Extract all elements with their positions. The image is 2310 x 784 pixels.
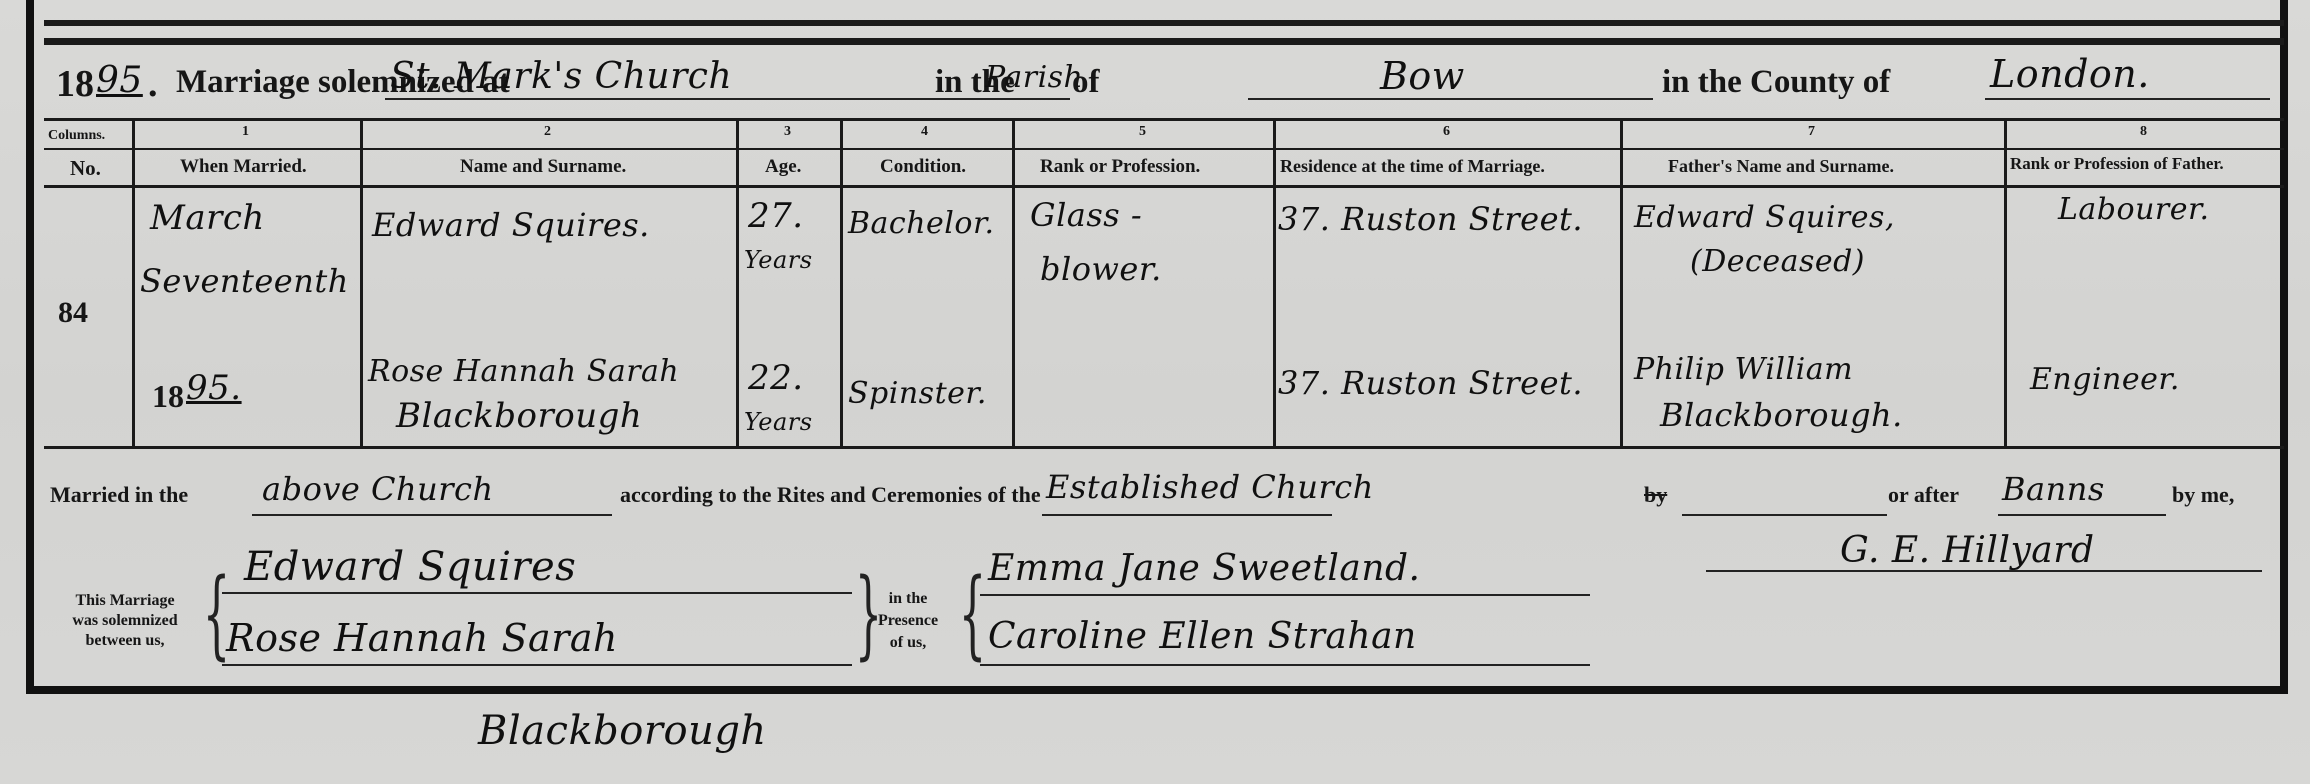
by-label: by	[1644, 482, 1667, 508]
heading-year-suffix: 95	[96, 60, 143, 101]
after-blank	[1998, 514, 2166, 516]
colhead-father-name: Father's Name and Surname.	[1668, 156, 1894, 177]
district-type-blank	[985, 98, 1070, 100]
groom-name: Edward Squires.	[372, 206, 650, 244]
groom-father-name-line2: (Deceased)	[1690, 244, 1865, 279]
party-2-blank	[222, 664, 852, 666]
between-us-label-1: This Marriage	[50, 592, 200, 610]
colhead-profession: Rank or Profession.	[1040, 156, 1200, 178]
colnum-5: 5	[1139, 124, 1146, 140]
party-1-blank	[222, 592, 852, 594]
witness-2-signature: Caroline Ellen Strahan	[988, 616, 1417, 657]
col-divider-2	[360, 120, 363, 447]
colnum-0: Columns.	[48, 128, 105, 144]
colhead-name: Name and Surname.	[460, 156, 626, 178]
between-us-label-3: between us,	[50, 632, 200, 650]
church-value: above Church	[262, 470, 494, 508]
groom-profession-line1: Glass -	[1030, 196, 1142, 234]
between-us-label-2: was solemnized	[50, 612, 200, 630]
rites-label: according to the Rites and Ceremonies of…	[620, 482, 1041, 508]
col-divider-8	[2004, 120, 2007, 447]
when-married-year-suffix: 95.	[186, 368, 242, 408]
groom-residence: 37. Ruston Street.	[1278, 200, 1583, 238]
witness-2-blank	[980, 664, 1590, 666]
header-mid-rule	[44, 148, 2284, 150]
colnum-7: 7	[1808, 124, 1815, 140]
colhead-residence: Residence at the time of Marriage.	[1280, 156, 1545, 177]
colnum-8: 8	[2140, 124, 2147, 140]
presence-label-3: of us,	[868, 634, 948, 652]
heading-county-label: in the County of	[1662, 64, 1890, 101]
bride-residence: 37. Ruston Street.	[1278, 364, 1583, 402]
by-blank	[1682, 514, 1887, 516]
heading-of-label: of	[1072, 64, 1100, 101]
or-after-label: or after	[1888, 482, 1959, 508]
witness-1-blank	[980, 594, 1590, 596]
colhead-age: Age.	[765, 156, 801, 178]
county-blank	[1985, 98, 2270, 100]
colnum-2: 2	[544, 124, 551, 140]
colnum-3: 3	[784, 124, 791, 140]
by-me-label: by me,	[2172, 482, 2234, 508]
colhead-no: No.	[70, 156, 101, 181]
venue-blank	[385, 98, 985, 100]
colhead-father-profession: Rank or Profession of Father.	[2010, 154, 2224, 174]
presence-label-1: in the	[868, 590, 948, 608]
bride-father-name-line1: Philip William	[1634, 352, 1853, 387]
when-married-day: Seventeenth	[140, 262, 349, 300]
register-page: 18 95 . Marriage solemnized at St. Mark'…	[0, 0, 2310, 784]
county-value: London.	[1990, 52, 2150, 96]
party-2-signature-continued: Blackborough	[478, 708, 767, 754]
header-top-rule	[44, 118, 2284, 121]
bride-condition: Spinster.	[848, 376, 987, 411]
colnum-4: 4	[921, 124, 928, 140]
officiant-signature: G. E. Hillyard	[1840, 530, 2095, 571]
when-married-year-prefix: 18	[152, 378, 184, 415]
top-rule-1	[44, 20, 2284, 26]
groom-condition: Bachelor.	[848, 206, 995, 241]
top-rule-2	[44, 38, 2284, 45]
entry-number: 84	[58, 296, 88, 330]
colhead-when-married: When Married.	[180, 156, 307, 178]
col-divider-7	[1620, 120, 1623, 447]
colnum-1: 1	[242, 124, 249, 140]
colnum-6: 6	[1443, 124, 1450, 140]
groom-profession-line2: blower.	[1040, 250, 1162, 288]
party-1-signature: Edward Squires	[244, 544, 576, 590]
groom-age-unit: Years	[744, 246, 813, 274]
groom-father-name-line1: Edward Squires,	[1634, 200, 1895, 235]
col-divider-6	[1273, 120, 1276, 447]
witness-brace-icon: {	[959, 566, 986, 662]
groom-father-profession: Labourer.	[2058, 192, 2210, 227]
presence-label-2: Presence	[868, 612, 948, 630]
bride-father-name-line2: Blackborough.	[1660, 396, 1903, 434]
col-divider-3	[736, 120, 739, 447]
col-divider-5	[1012, 120, 1015, 447]
married-in-label: Married in the	[50, 482, 188, 508]
when-married-month: March	[150, 198, 265, 238]
after-value: Banns	[2002, 470, 2105, 508]
bride-age: 22.	[748, 358, 804, 398]
bride-age-unit: Years	[744, 408, 813, 436]
colhead-condition: Condition.	[880, 156, 966, 178]
church-blank	[252, 514, 612, 516]
district-type-value: Parish	[985, 60, 1083, 95]
district-blank	[1248, 98, 1653, 100]
groom-age: 27.	[748, 196, 804, 236]
party-2-signature: Rose Hannah Sarah	[226, 616, 618, 660]
heading-year-prefix: 18	[56, 62, 94, 106]
bride-name-line2: Blackborough	[396, 396, 642, 436]
rites-value: Established Church	[1046, 468, 1374, 506]
header-bottom-rule	[44, 185, 2284, 188]
venue-value: St. Mark's Church	[390, 56, 732, 97]
col-divider-1	[132, 120, 135, 447]
district-value: Bow	[1380, 54, 1465, 98]
bride-father-profession: Engineer.	[2030, 362, 2180, 397]
entry-bottom-rule	[44, 446, 2284, 449]
col-divider-4	[840, 120, 843, 447]
rites-blank	[1042, 514, 1332, 516]
heading-period: .	[148, 62, 158, 106]
bride-name-line1: Rose Hannah Sarah	[368, 354, 679, 389]
witness-1-signature: Emma Jane Sweetland.	[988, 548, 1421, 589]
